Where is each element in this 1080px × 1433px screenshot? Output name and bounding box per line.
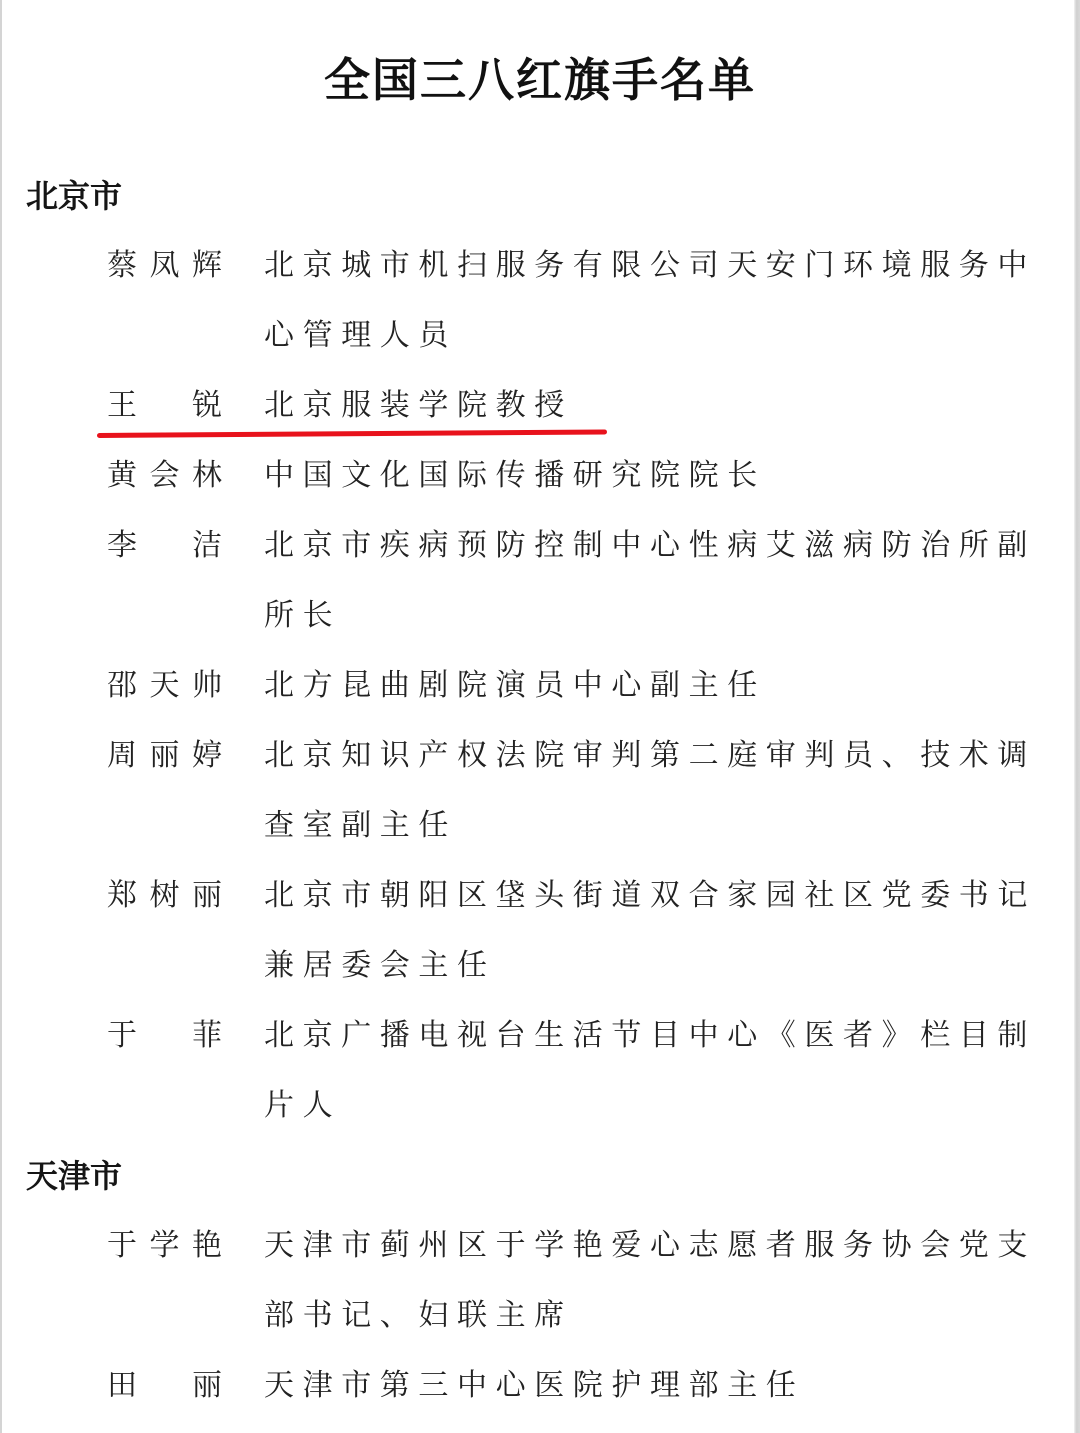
- name-char: 婷: [192, 736, 222, 776]
- name-char: 黄: [107, 456, 137, 496]
- entry-description: 北京城市机扫服务有限公司天安门环境服务中心管理人员: [264, 231, 1054, 371]
- name-char: 丽: [192, 876, 222, 916]
- entry-name: 周 丽 婷: [107, 736, 222, 776]
- region-heading-tianjin: 天津市: [26, 1156, 122, 1196]
- name-char: 于: [107, 1016, 137, 1056]
- name-char: 李: [107, 526, 137, 566]
- name-char: 于: [107, 1226, 137, 1266]
- entry-description: 天津市第三中心医院护理部主任: [264, 1351, 1054, 1421]
- name-char: 凤: [150, 246, 180, 286]
- name-char: 锐: [192, 386, 222, 426]
- entry-name: 蔡 凤 辉: [107, 246, 222, 286]
- name-char: 丽: [192, 1366, 222, 1406]
- name-char: 帅: [192, 666, 222, 706]
- entry-name: 黄 会 林: [107, 456, 222, 496]
- entry-description: 北京市疾病预防控制中心性病艾滋病防治所副所长: [264, 511, 1054, 651]
- name-char: 邵: [107, 666, 137, 706]
- entry-name: 王 锐: [107, 386, 222, 426]
- name-char: 树: [150, 876, 180, 916]
- page-right-edge: [1074, 0, 1080, 1433]
- entry-description: 中国文化国际传播研究院院长: [264, 441, 1054, 511]
- name-char: 天: [150, 666, 180, 706]
- name-char: 洁: [192, 526, 222, 566]
- entry-description: 北方昆曲剧院演员中心副主任: [264, 651, 1054, 721]
- entry-description: 北京广播电视台生活节目中心《医者》栏目制片人: [264, 1001, 1054, 1141]
- name-char: 艳: [192, 1226, 222, 1266]
- name-char: 王: [107, 386, 137, 426]
- entry-description: 北京知识产权法院审判第二庭审判员、技术调查室副主任: [264, 721, 1054, 861]
- entry-description: 北京市朝阳区垡头街道双合家园社区党委书记兼居委会主任: [264, 861, 1054, 1001]
- entry-name: 李 洁: [107, 526, 222, 566]
- document-title: 全国三八红旗手名单: [0, 50, 1080, 110]
- entry-name: 邵 天 帅: [107, 666, 222, 706]
- entry-name: 郑 树 丽: [107, 876, 222, 916]
- name-char: 学: [150, 1226, 180, 1266]
- entry-description: 天津市蓟州区于学艳爱心志愿者服务协会党支部书记、妇联主席: [264, 1211, 1054, 1351]
- entry-name: 于 学 艳: [107, 1226, 222, 1266]
- name-char: 辉: [192, 246, 222, 286]
- name-char: 丽: [150, 736, 180, 776]
- name-char: 蔡: [107, 246, 137, 286]
- name-char: 周: [107, 736, 137, 776]
- name-char: 林: [192, 456, 222, 496]
- region-heading-beijing: 北京市: [26, 176, 122, 216]
- name-char: 菲: [192, 1016, 222, 1056]
- entry-name: 于 菲: [107, 1016, 222, 1056]
- name-char: 郑: [107, 876, 137, 916]
- name-char: 会: [150, 456, 180, 496]
- page-left-edge: [0, 0, 2, 1433]
- name-char: 田: [107, 1366, 137, 1406]
- entry-name: 田 丽: [107, 1366, 222, 1406]
